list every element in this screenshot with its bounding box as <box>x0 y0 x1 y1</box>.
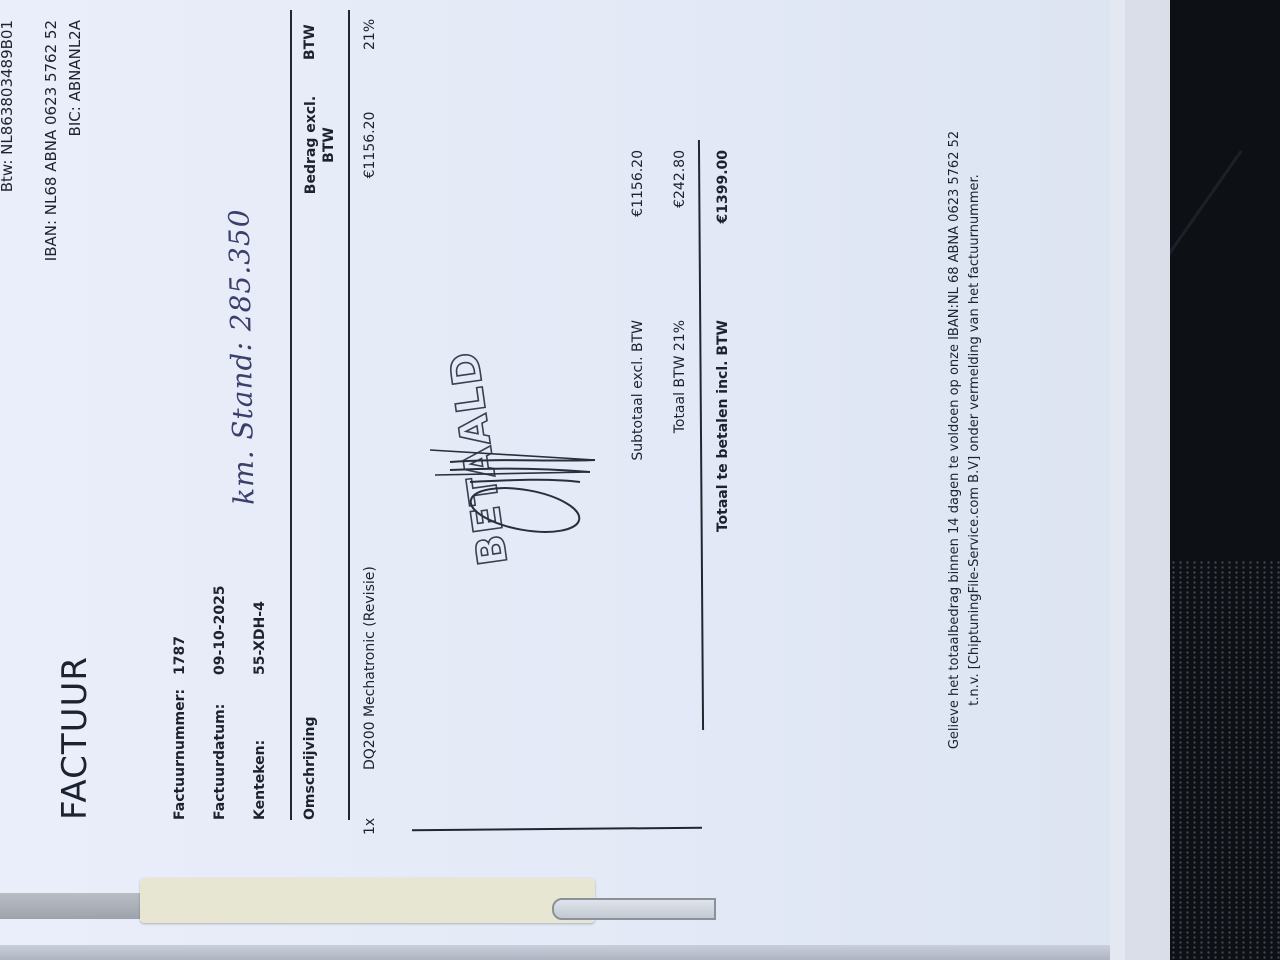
totals-label: Subtotaal excl. BTW <box>630 320 646 461</box>
signature-scribble <box>430 360 600 620</box>
payment-instructions: Gelieve het totaalbedrag binnen 14 dagen… <box>945 30 985 850</box>
meta-value: 09-10-2025 <box>212 585 228 675</box>
vat-number: Btw: NL863803489B01 <box>0 20 18 192</box>
col-header-description: Omschrijving <box>302 716 318 820</box>
meta-row-license-plate: Kenteken: 55-XDH-4 <box>240 585 280 820</box>
totals-label: Totaal BTW 21% <box>672 320 688 433</box>
totals-label: Totaal te betalen incl. BTW <box>715 320 731 532</box>
meta-row-invoice-date: Factuurdatum: 09-10-2025 <box>200 585 240 820</box>
totals-row-subtotal: Subtotaal excl. BTW €1156.20 <box>630 150 654 730</box>
bic: BIC: ABNANL2A <box>64 20 86 136</box>
meta-label: Factuurdatum: <box>212 675 228 820</box>
col-header-vat: BTW <box>302 24 318 60</box>
col-header-amount: Bedrag excl. BTW <box>302 90 338 200</box>
meta-label: Kenteken: <box>252 675 268 820</box>
invoice-meta: Factuurnummer: 1787 Factuurdatum: 09-10-… <box>160 585 280 820</box>
meta-label: Factuurnummer: <box>172 675 188 820</box>
totals-value: €1156.20 <box>630 150 646 217</box>
row-qty: 1x <box>362 818 378 835</box>
meta-value: 1787 <box>172 636 188 675</box>
row-description: DQ200 Mechatronic (Revisie) <box>362 566 378 770</box>
table-top-rule <box>290 10 292 820</box>
binder-fastener-right-prong <box>552 898 716 920</box>
sheet-stack-edge <box>0 945 1110 960</box>
totals-value: €1399.00 <box>715 150 731 224</box>
row-amount: €1156.20 <box>362 90 378 200</box>
left-vertical-rule <box>412 827 702 832</box>
totals-row-vat: Totaal BTW 21% €242.80 <box>672 150 696 730</box>
meta-value: 55-XDH-4 <box>252 601 268 675</box>
totals-value: €242.80 <box>672 150 688 208</box>
handwritten-mileage-note: km. Stand: 285.350 <box>222 208 260 505</box>
meta-row-invoice-number: Factuurnummer: 1787 <box>160 585 200 820</box>
totals-rule <box>698 140 704 730</box>
row-vat: 21% <box>362 19 378 50</box>
invoice-document: Btw: NL863803489B01 IBAN: NL68 ABNA 0623… <box>0 0 1110 960</box>
binder-fastener-bar <box>140 878 595 923</box>
iban: IBAN: NL68 ABNA 0623 5762 52 <box>40 20 62 261</box>
invoice-title: FACTUUR <box>55 656 95 820</box>
invoice-sheet: Btw: NL863803489B01 IBAN: NL68 ABNA 0623… <box>0 0 1110 960</box>
table-header-rule <box>348 10 350 820</box>
payment-line-1: Gelieve het totaalbedrag binnen 14 dagen… <box>945 30 965 850</box>
payment-line-2: t.n.v. [ChiptuningFile-Service.com B.V] … <box>965 30 985 850</box>
totals-row-grand-total: Totaal te betalen incl. BTW €1399.00 <box>715 150 739 730</box>
